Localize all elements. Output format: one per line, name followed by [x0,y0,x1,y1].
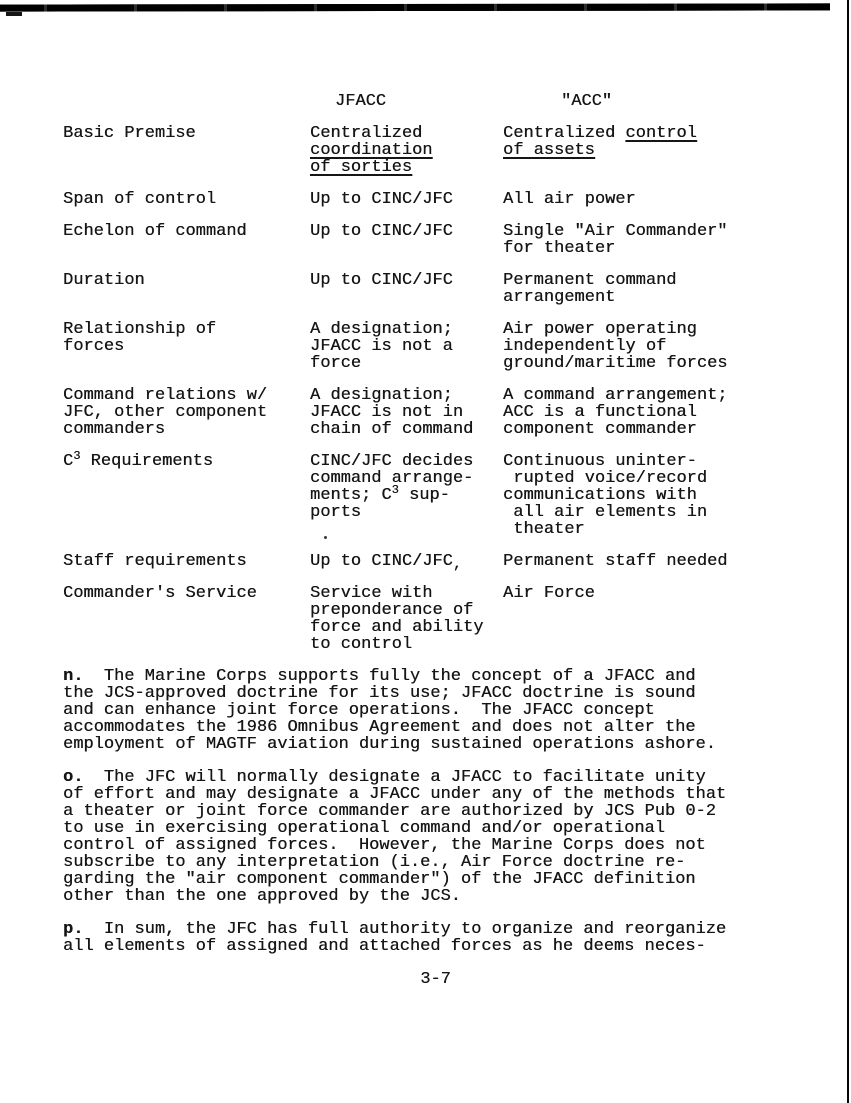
table-cell-label: Span of control [63,191,310,208]
paragraph: n. The Marine Corps supports fully the c… [63,668,808,753]
text-segment: of assets [503,141,595,160]
table-cell-acc: Single "Air Commander"for theater [503,223,808,257]
text-segment: control [625,124,696,143]
text-segment: of sorties [310,158,412,177]
text-line: CINC/JFC decides [310,453,503,470]
text-line: Air power operating [503,321,808,338]
text-line: Permanent staff needed [503,553,808,570]
text-line: Up to CINC/JFC, [310,553,503,570]
text-line: Centralized control [503,125,808,142]
text-line: Duration [63,272,310,289]
text-segment: C [63,452,73,471]
table-cell-jfacc: Up to CINC/JFC [310,223,503,257]
table-cell-acc: Air power operatingindependently ofgroun… [503,321,808,372]
text-line: force [310,355,503,372]
text-line: of effort and may designate a JFACC unde… [63,786,808,803]
text-line: chain of command [310,421,503,438]
text-line: ports [310,504,503,521]
text-line: Echelon of command [63,223,310,240]
text-line: Up to CINC/JFC [310,191,503,208]
text-line: communications with [503,487,808,504]
table-row: Relationship offorcesA designation;JFACC… [63,321,808,372]
text-segment: employment of MAGTF aviation during sust… [63,735,716,754]
table-cell-label: Commander's Service [63,585,310,653]
text-line: for theater [503,240,808,257]
table-cell-jfacc: Up to CINC/JFC [310,272,503,306]
table-row: C3 RequirementsCINC/JFC decidescommand a… [63,453,808,538]
text-line: C3 Requirements [63,453,310,470]
text-segment: Duration [63,271,145,290]
text-line: JFC, other component [63,404,310,421]
table-cell-jfacc: Service withpreponderance offorce and ab… [310,585,503,653]
text-line: o. The JFC will normally designate a JFA… [63,769,808,786]
text-segment: All air power [503,190,636,209]
table-cell-acc: All air power [503,191,808,208]
table-cell-acc: Air Force [503,585,808,653]
text-line: Continuous uninter- [503,453,808,470]
text-segment: ground/maritime forces [503,354,727,373]
text-segment: force [310,354,361,373]
text-line: ground/maritime forces [503,355,808,372]
paragraph: p. In sum, the JFC has full authority to… [63,921,808,955]
text-line: to control [310,636,503,653]
scan-border-top [0,3,830,11]
text-segment: chain of command [310,420,473,439]
text-line: Relationship of [63,321,310,338]
text-line: employment of MAGTF aviation during sust… [63,736,808,753]
text-line: Span of control [63,191,310,208]
text-line: A designation; [310,387,503,404]
text-line: arrangement [503,289,808,306]
text-line: ments; C3 sup- [310,487,503,504]
text-line: A designation; [310,321,503,338]
text-line: ACC is a functional [503,404,808,421]
text-segment: arrangement [503,288,615,307]
table-row: Echelon of commandUp to CINC/JFCSingle "… [63,223,808,257]
text-segment: theater [503,520,585,539]
page-number: 3-7 [63,971,808,988]
table-cell-label: C3 Requirements [63,453,310,538]
table-row: Span of controlUp to CINC/JFCAll air pow… [63,191,808,208]
text-segment: forces [63,337,124,356]
table-row: DurationUp to CINC/JFCPermanent commanda… [63,272,808,306]
paragraph: o. The JFC will normally designate a JFA… [63,769,808,905]
text-line: theater [503,521,808,538]
text-segment: ports [310,503,361,522]
text-line: Permanent command [503,272,808,289]
text-segment: commanders [63,420,165,439]
text-segment: Permanent staff needed [503,552,727,571]
text-line: Centralized [310,125,503,142]
text-line: Single "Air Commander" [503,223,808,240]
table-header-spacer [63,93,310,110]
text-line: Command relations w/ [63,387,310,404]
text-segment: for theater [503,239,615,258]
text-line: of assets [503,142,808,159]
text-line: all air elements in [503,504,808,521]
table-cell-label: Command relations w/JFC, other component… [63,387,310,438]
text-line: A command arrangement; [503,387,808,404]
table-cell-label: Staff requirements [63,553,310,570]
table-header-row: JFACC "ACC" [63,93,808,110]
text-segment: Up to CINC/JFC [310,271,453,290]
text-segment: Requirements [80,452,213,471]
text-line: JFACC is not in [310,404,503,421]
table-cell-acc: Permanent staff needed [503,553,808,570]
text-line: All air power [503,191,808,208]
table-cell-jfacc: Up to CINC/JFC [310,191,503,208]
text-line: of sorties [310,159,503,176]
text-segment: Commander's Service [63,584,257,603]
text-line: commanders [63,421,310,438]
text-line: control of assigned forces. However, the… [63,837,808,854]
text-segment: Up to CINC/JFC [310,222,453,241]
text-line: forces [63,338,310,355]
comparison-table: Basic PremiseCentralizedcoordinationof s… [63,125,808,653]
scan-border-top-dash [6,12,22,16]
table-cell-jfacc: CINC/JFC decidescommand arrange-ments; C… [310,453,503,538]
scanned-document-page: JFACC "ACC" Basic PremiseCentralizedcoor… [0,0,851,1103]
text-line: Staff requirements [63,553,310,570]
table-cell-acc: A command arrangement;ACC is a functiona… [503,387,808,438]
text-line: coordination [310,142,503,159]
text-line: Air Force [503,585,808,602]
text-line: Up to CINC/JFC [310,223,503,240]
table-row: Commander's ServiceService withpreponder… [63,585,808,653]
page-content: JFACC "ACC" Basic PremiseCentralizedcoor… [63,93,808,988]
text-segment: sup- [399,486,450,505]
text-line: independently of [503,338,808,355]
table-cell-acc: Centralized controlof assets [503,125,808,176]
table-cell-label: Relationship offorces [63,321,310,372]
table-cell-acc: Continuous uninter- rupted voice/recordc… [503,453,808,538]
body-paragraphs: n. The Marine Corps supports fully the c… [63,668,808,955]
text-segment: Basic Premise [63,124,196,143]
text-segment: to control [310,635,412,654]
text-line: p. In sum, the JFC has full authority to… [63,921,808,938]
text-segment: Up to CINC/JFC [310,552,453,571]
text-line: to use in exercising operational command… [63,820,808,837]
text-line: subscribe to any interpretation (i.e., A… [63,854,808,871]
table-header-acc: "ACC" [561,93,808,110]
text-line: a theater or joint force commander are a… [63,803,808,820]
text-segment: other than the one approved by the JCS. [63,887,461,906]
text-line: preponderance of [310,602,503,619]
text-line: command arrange- [310,470,503,487]
table-cell-jfacc: Up to CINC/JFC, [310,553,503,570]
text-segment: Air Force [503,584,595,603]
text-segment: Up to CINC/JFC [310,190,453,209]
text-line: JFACC is not a [310,338,503,355]
table-cell-acc: Permanent commandarrangement [503,272,808,306]
table-row: Staff requirementsUp to CINC/JFC,Permane… [63,553,808,570]
text-segment: all elements of assigned and attached fo… [63,937,706,956]
table-row: Basic PremiseCentralizedcoordinationof s… [63,125,808,176]
text-line: and can enhance joint force operations. … [63,702,808,719]
text-line: garding the "air component commander") o… [63,871,808,888]
scan-border-right [847,0,849,1103]
text-segment: component commander [503,420,697,439]
text-line: Up to CINC/JFC [310,272,503,289]
table-cell-jfacc: A designation;JFACC is not aforce [310,321,503,372]
text-segment: Echelon of command [63,222,247,241]
text-segment: , [453,556,462,573]
text-line: Basic Premise [63,125,310,142]
text-segment: 3 [392,483,399,497]
text-line: n. The Marine Corps supports fully the c… [63,668,808,685]
text-segment: Staff requirements [63,552,247,571]
table-cell-label: Basic Premise [63,125,310,176]
table-cell-jfacc: Centralizedcoordinationof sorties [310,125,503,176]
table-cell-jfacc: A designation;JFACC is not inchain of co… [310,387,503,438]
table-row: Command relations w/JFC, other component… [63,387,808,438]
text-line: all elements of assigned and attached fo… [63,938,808,955]
text-line: Service with [310,585,503,602]
text-line: force and ability [310,619,503,636]
table-cell-label: Echelon of command [63,223,310,257]
text-line: accommodates the 1986 Omnibus Agreement … [63,719,808,736]
text-line: component commander [503,421,808,438]
text-line: rupted voice/record [503,470,808,487]
table-header-jfacc: JFACC [335,93,503,110]
table-cell-label: Duration [63,272,310,306]
text-segment: Span of control [63,190,216,209]
text-line: Commander's Service [63,585,310,602]
text-line: the JCS-approved doctrine for its use; J… [63,685,808,702]
text-line: other than the one approved by the JCS. [63,888,808,905]
text-segment: 3 [73,449,80,463]
